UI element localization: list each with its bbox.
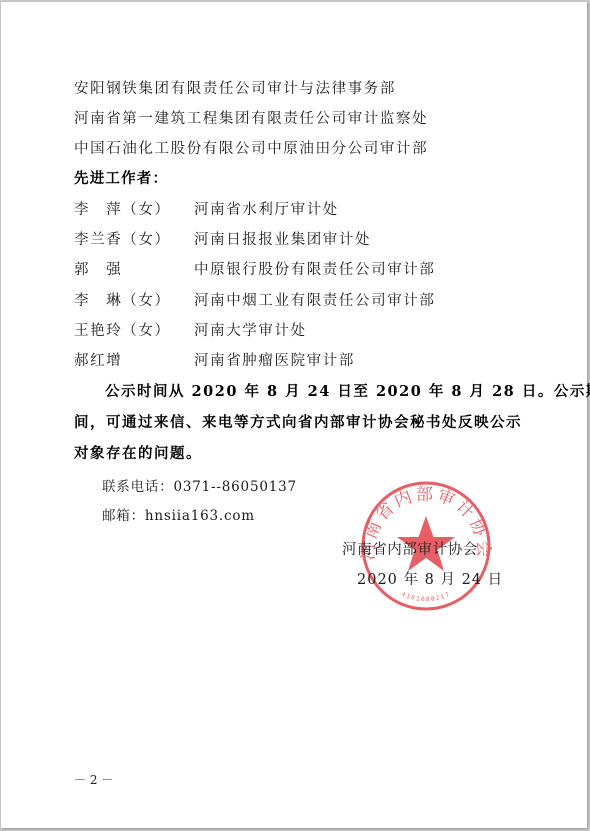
notice-line-3: 对象存在的问题。 [74,445,202,463]
awarded-org-2: 河南省第一建筑工程集团有限责任公司审计监察处 [74,110,428,128]
worker-org: 河南日报报业集团审计处 [194,231,371,249]
contact-phone: 联系电话：0371--86050137 [102,478,297,496]
svg-text:4101088217: 4101088217 [400,591,451,603]
worker-org: 河南省肿瘤医院审计部 [194,352,355,370]
worker-org: 河南大学审计处 [194,322,307,340]
contact-email: 邮箱：hnsiia163.com [102,507,255,525]
page-number: － 2 － [74,771,113,788]
worker-org: 河南中烟工业有限责任公司审计部 [194,292,436,310]
section-heading-advanced-workers: 先进工作者： [74,170,168,188]
worker-name: 李兰香（女） [74,231,171,249]
document-page: 安阳钢铁集团有限责任公司审计与法律事务部 河南省第一建筑工程集团有限责任公司审计… [1,2,587,828]
worker-name: 郝红增 [74,352,122,370]
awarded-org-1: 安阳钢铁集团有限责任公司审计与法律事务部 [74,80,396,98]
notice-line-2: 间，可通过来信、来电等方式向省内部审计协会秘书处反映公示 [74,414,522,432]
notice-line-1: 公示时间从 2020 年 8 月 24 日至 2020 年 8 月 28 日。公… [105,383,590,401]
worker-org: 中原银行股份有限责任公司审计部 [194,261,436,279]
worker-org: 河南省水利厅审计处 [194,201,339,219]
awarded-org-3: 中国石油化工股份有限公司中原油田分公司审计部 [74,140,428,158]
signature-org: 河南省内部审计协会 [342,541,478,559]
signature-date: 2020 年 8 月 24 日 [357,571,503,589]
worker-name: 郭 强 [74,261,122,279]
worker-name: 王艳玲（女） [74,322,171,340]
worker-name: 李 萍（女） [74,201,171,219]
worker-name: 李 琳（女） [74,292,171,310]
